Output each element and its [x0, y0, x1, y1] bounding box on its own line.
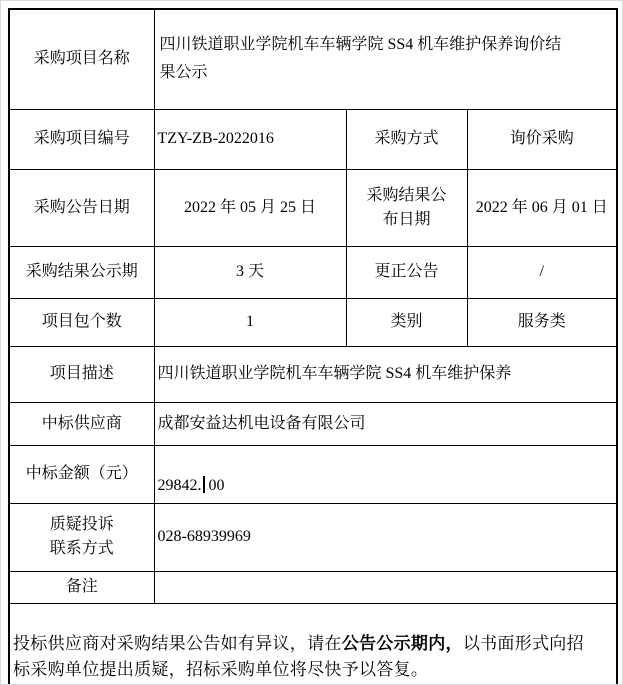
cell-correction-notice-value: / [467, 246, 617, 298]
table-row: 投标供应商对采购结果公告如有异议，请在公告公示期内，以书面形式向招 标采购单位提… [9, 603, 617, 685]
cell-remarks-label: 备注 [9, 571, 154, 603]
table-row: 采购公告日期 2022 年 05 月 25 日 采购结果公 布日期 2022 年… [9, 169, 617, 246]
cell-procurement-method-label: 采购方式 [346, 109, 467, 169]
document-page: 采购项目名称 四川铁道职业学院机车车辆学院 SS4 机车维护保养询价结 果公示 … [0, 0, 623, 685]
cell-category-value: 服务类 [467, 298, 617, 346]
footer-notice: 投标供应商对采购结果公告如有异议，请在公告公示期内，以书面形式向招 标采购单位提… [9, 603, 617, 685]
cell-project-description-value: 四川铁道职业学院机车车辆学院 SS4 机车维护保养 [154, 346, 617, 402]
table-row: 采购结果公示期 3 天 更正公告 / [9, 246, 617, 298]
cell-complaint-contact-label: 质疑投诉 联系方式 [9, 503, 154, 571]
cell-result-publish-date-value: 2022 年 06 月 01 日 [467, 169, 617, 246]
table-row: 中标供应商 成都安益达机电设备有限公司 [9, 402, 617, 445]
cell-publicity-period-label: 采购结果公示期 [9, 246, 154, 298]
cell-winning-supplier-label: 中标供应商 [9, 402, 154, 445]
cell-correction-notice-label: 更正公告 [346, 246, 467, 298]
cell-announcement-date-label: 采购公告日期 [9, 169, 154, 246]
cell-winning-amount-label: 中标金额（元） [9, 445, 154, 503]
winning-amount-decimals: 00 [209, 477, 225, 494]
cell-project-number-value: TZY-ZB-2022016 [154, 109, 346, 169]
table-row: 项目描述 四川铁道职业学院机车车辆学院 SS4 机车维护保养 [9, 346, 617, 402]
cell-complaint-contact-value: 028-68939969 [154, 503, 617, 571]
cell-publicity-period-value: 3 天 [154, 246, 346, 298]
winning-amount-text: 29842. [158, 477, 202, 494]
cell-project-name-label: 采购项目名称 [9, 9, 154, 109]
cell-winning-amount-value[interactable]: 29842.00 [154, 445, 617, 503]
cell-project-number-label: 采购项目编号 [9, 109, 154, 169]
cell-remarks-value [154, 571, 617, 603]
cell-result-publish-date-label: 采购结果公 布日期 [346, 169, 467, 246]
table-row: 采购项目名称 四川铁道职业学院机车车辆学院 SS4 机车维护保养询价结 果公示 [9, 9, 617, 109]
cell-announcement-date-value: 2022 年 05 月 25 日 [154, 169, 346, 246]
footer-notice-text-start: 投标供应商对采购结果公告如有异议，请在 [13, 634, 342, 653]
cell-winning-supplier-value: 成都安益达机电设备有限公司 [154, 402, 617, 445]
cell-category-label: 类别 [346, 298, 467, 346]
footer-notice-text-bold: 公告公示期内， [342, 634, 463, 653]
cell-procurement-method-value: 询价采购 [467, 109, 617, 169]
table-row: 中标金额（元） 29842.00 [9, 445, 617, 503]
table-row: 项目包个数 1 类别 服务类 [9, 298, 617, 346]
procurement-result-table: 采购项目名称 四川铁道职业学院机车车辆学院 SS4 机车维护保养询价结 果公示 … [8, 8, 618, 685]
table-row: 质疑投诉 联系方式 028-68939969 [9, 503, 617, 571]
text-cursor [203, 476, 205, 493]
cell-project-description-label: 项目描述 [9, 346, 154, 402]
cell-package-count-label: 项目包个数 [9, 298, 154, 346]
cell-package-count-value: 1 [154, 298, 346, 346]
table-row: 采购项目编号 TZY-ZB-2022016 采购方式 询价采购 [9, 109, 617, 169]
table-row: 备注 [9, 571, 617, 603]
cell-project-name-value: 四川铁道职业学院机车车辆学院 SS4 机车维护保养询价结 果公示 [154, 9, 617, 109]
